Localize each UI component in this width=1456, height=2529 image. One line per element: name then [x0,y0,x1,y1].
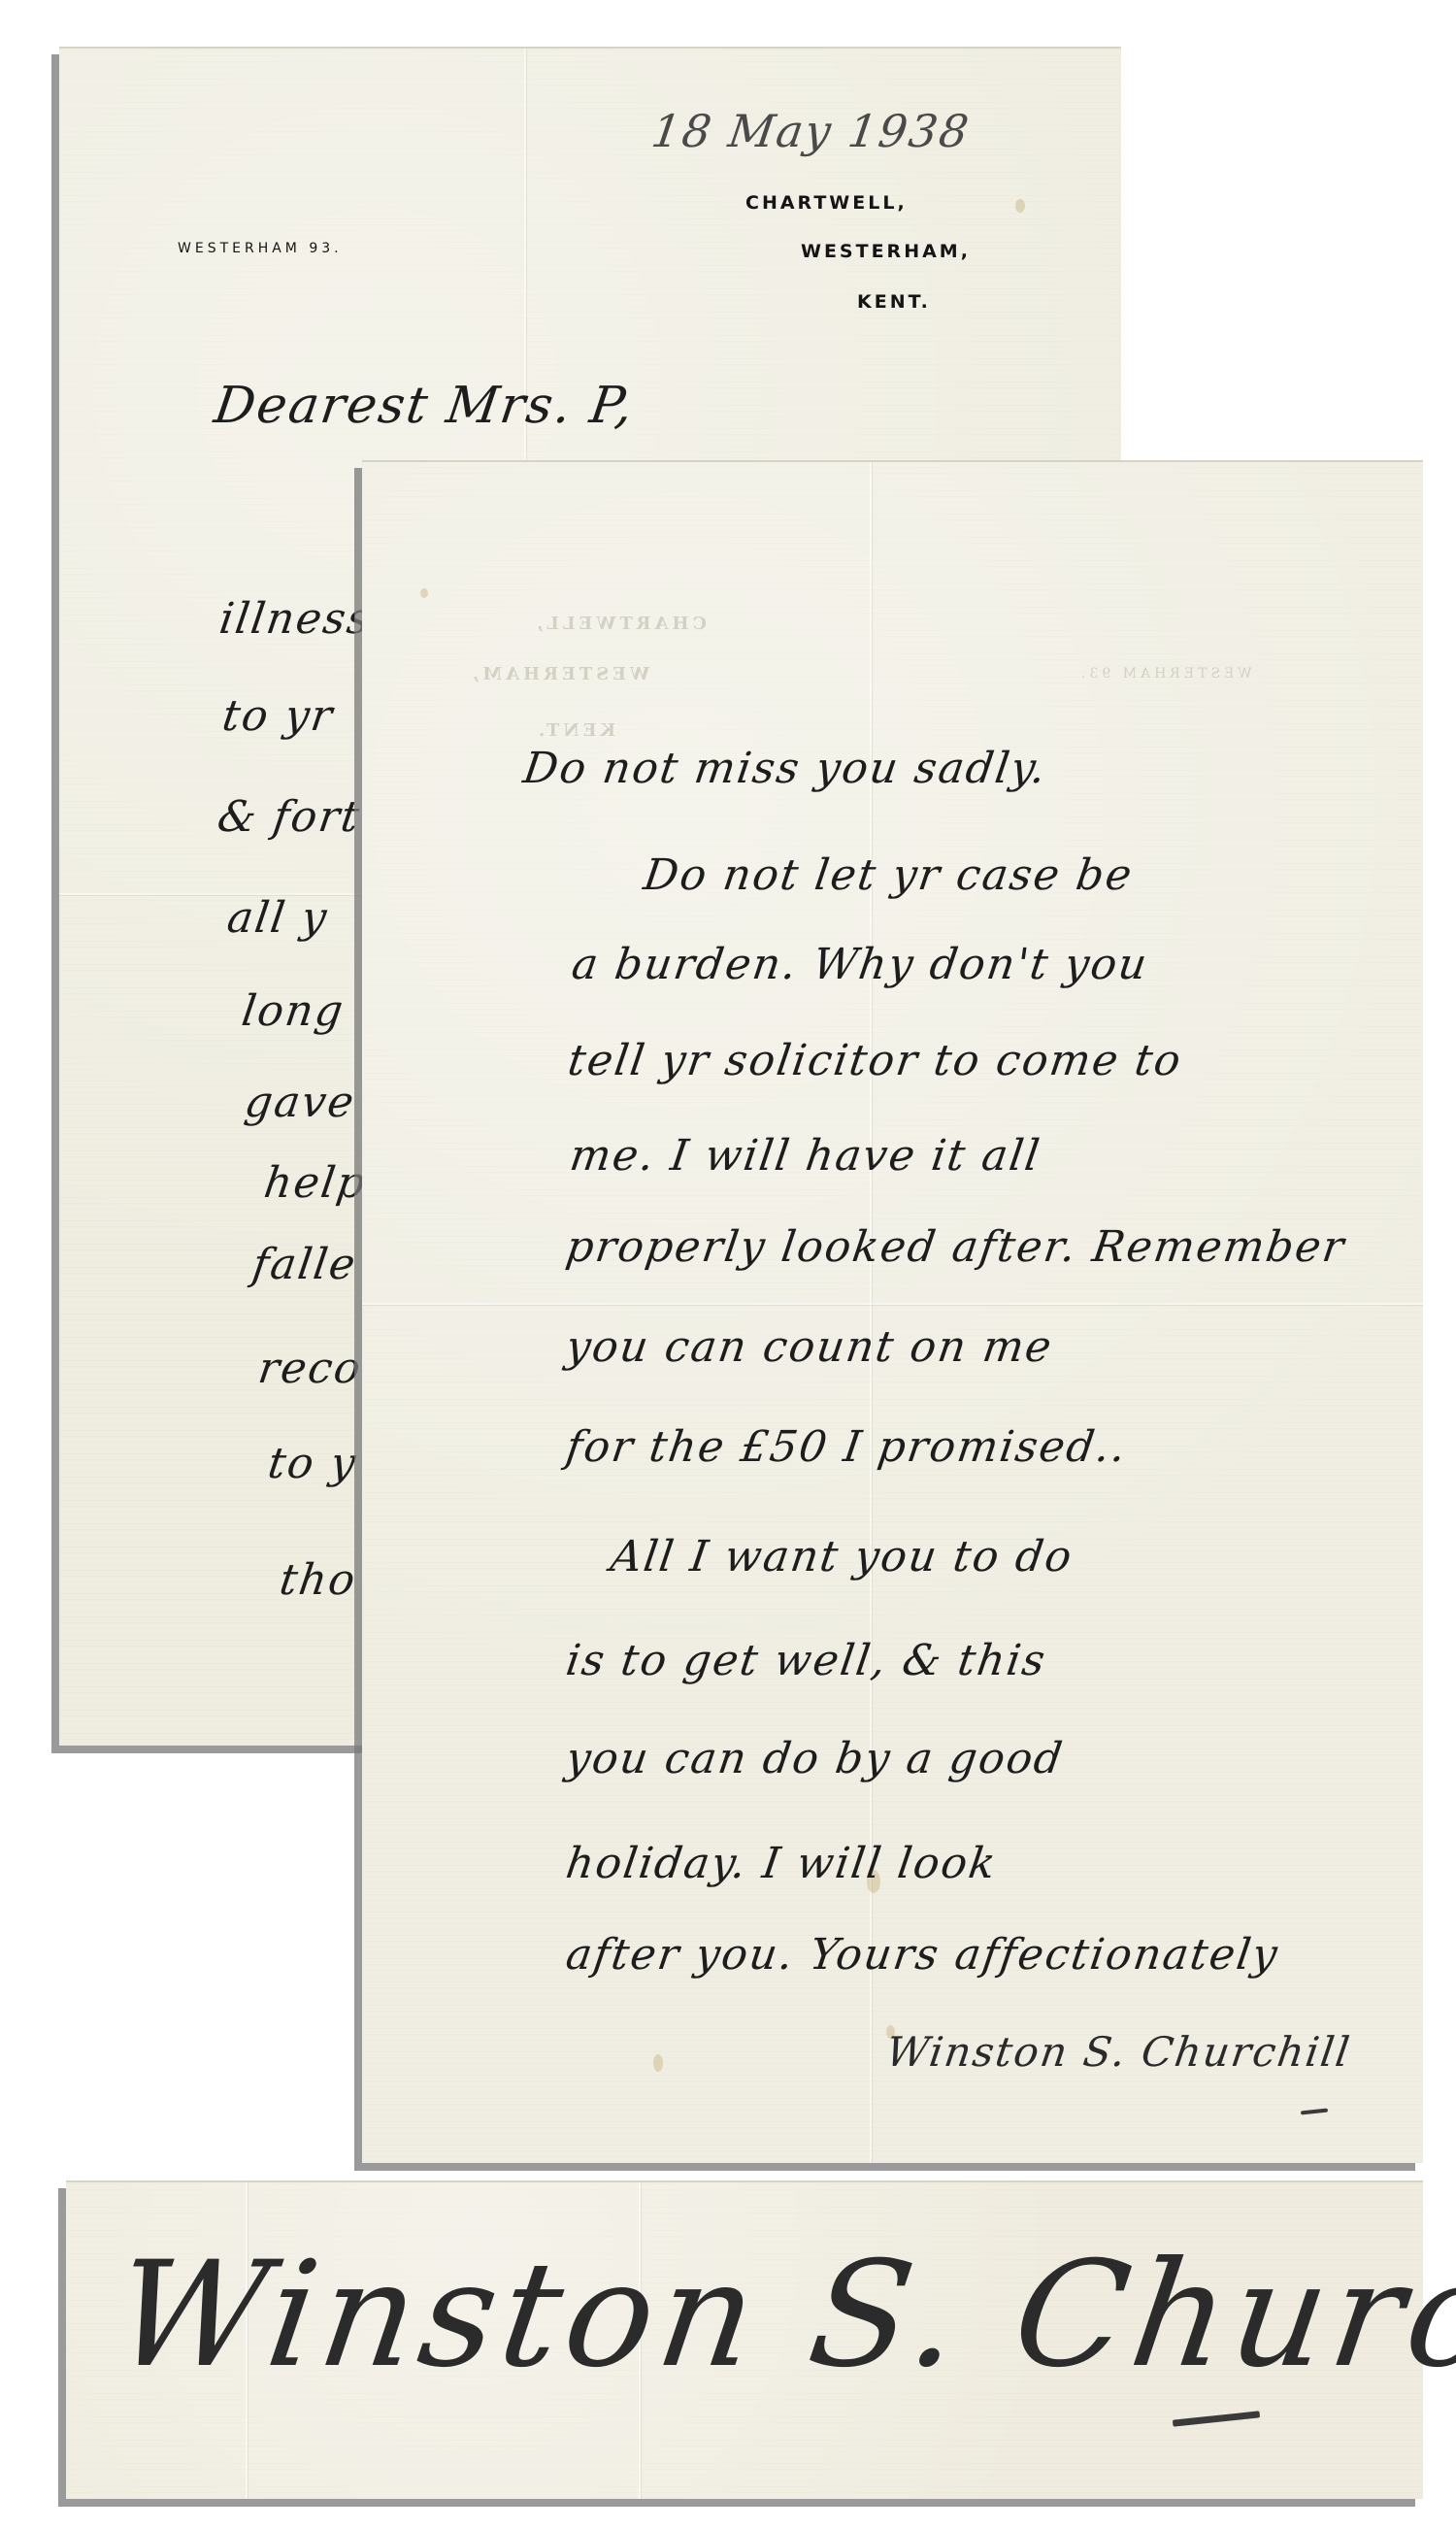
signature-dash-enlarged [1173,2411,1260,2426]
letter-line: tell yr solicitor to come to [565,1036,1185,1085]
signature-detail-panel: Winston S. Churchill [66,2180,1423,2499]
letter-line: after you. Yours affectionately [563,1930,1282,1980]
letter-line: properly looked after. Remember [563,1222,1348,1272]
bleed-through-address-line-3: KENT. [535,720,615,741]
letterhead-address-line-1: CHARTWELL, [745,192,908,214]
salutation: Dearest Mrs. P, [211,377,638,435]
fold-line [870,462,872,2163]
letter-line: Do not miss you sadly. [520,744,1050,793]
letter-line: you can do by a good [563,1734,1067,1783]
bleed-through-address-line-1: CHARTWELL, [533,614,707,634]
bleed-through-address-line-2: WESTERHAM, [469,664,649,684]
letter-line: Do not let yr case be [641,850,1137,900]
letter-line: for the £50 I promised.. [563,1422,1131,1472]
text-line-fragment: all y [224,893,331,943]
text-line-fragment: tho [277,1555,360,1605]
letter-date: 18 May 1938 [648,105,974,157]
letter-page-2: CHARTWELL, WESTERHAM, KENT. WESTERHAM 93… [362,460,1423,2163]
age-stain [420,588,428,598]
text-line-fragment: illness [216,594,375,644]
letterhead-address-line-2: WESTERHAM, [801,241,971,262]
letter-line: you can count on me [563,1322,1056,1372]
text-line-fragment: long [239,986,347,1036]
text-line-fragment: to y [265,1439,360,1488]
letterhead-address-line-3: KENT. [857,291,931,313]
text-line-fragment: falle [249,1240,360,1289]
letter-line: me. I will have it all [567,1131,1044,1181]
text-line-fragment: gave [242,1078,358,1127]
letterhead-phone: WESTERHAM 93. [178,241,343,256]
letter-line: a burden. Why don't you [569,940,1151,989]
letter-line: holiday. I will look [563,1839,1000,1888]
signature-dash [1301,2109,1328,2115]
bleed-through-phone: WESTERHAM 93. [1077,666,1252,682]
age-stain [1015,199,1025,213]
letter-line: All I want you to do [608,1532,1076,1581]
signature-enlarged: Winston S. Churchill [105,2231,1456,2400]
signature: Winston S. Churchill [883,2028,1354,2076]
letter-line: is to get well, & this [563,1636,1049,1685]
age-stain [653,2054,663,2072]
fold-line [362,1303,1423,1305]
text-line-fragment: help [261,1158,370,1208]
text-line-fragment: to yr [219,691,337,741]
